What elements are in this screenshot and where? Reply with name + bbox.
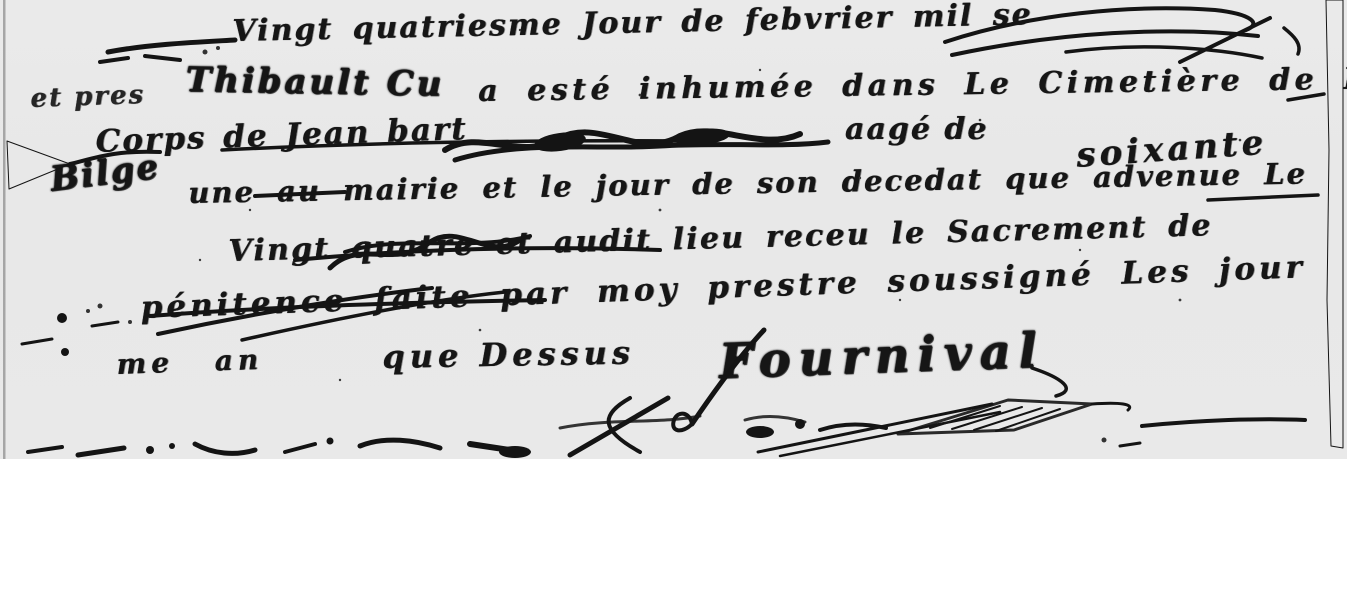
handwriting-line-7-lead: me an (116, 343, 264, 381)
handwriting-line-1: Vingt quatriesme Jour de febvrier mil se (232, 0, 1033, 49)
priest-signature: Fournival (718, 323, 1046, 390)
left-scan-edge-line (3, 0, 6, 459)
manuscript-scan-page: Vingt quatriesme Jour de febvrier mil se… (0, 0, 1347, 600)
scanned-paper-region: Vingt quatriesme Jour de febvrier mil se… (0, 0, 1347, 459)
paraph-flourish (758, 400, 1130, 456)
handwriting-line-3-mid: aagé de (845, 112, 988, 147)
handwriting-line-2-name: Thibault Cu (185, 60, 444, 105)
handwriting-margin-note: Bilge (48, 147, 162, 200)
handwriting-line-2-rest: a esté inhumée dans Le Cimetière de Le (478, 61, 1347, 109)
handwriting-line-4: une au mairie et le jour de son decedat … (188, 156, 1307, 210)
handwriting-line-2-prefix: et pres (30, 80, 146, 114)
blank-margin-below-scan (0, 459, 1347, 600)
handwriting-line-7-end: que Dessus (382, 334, 635, 376)
